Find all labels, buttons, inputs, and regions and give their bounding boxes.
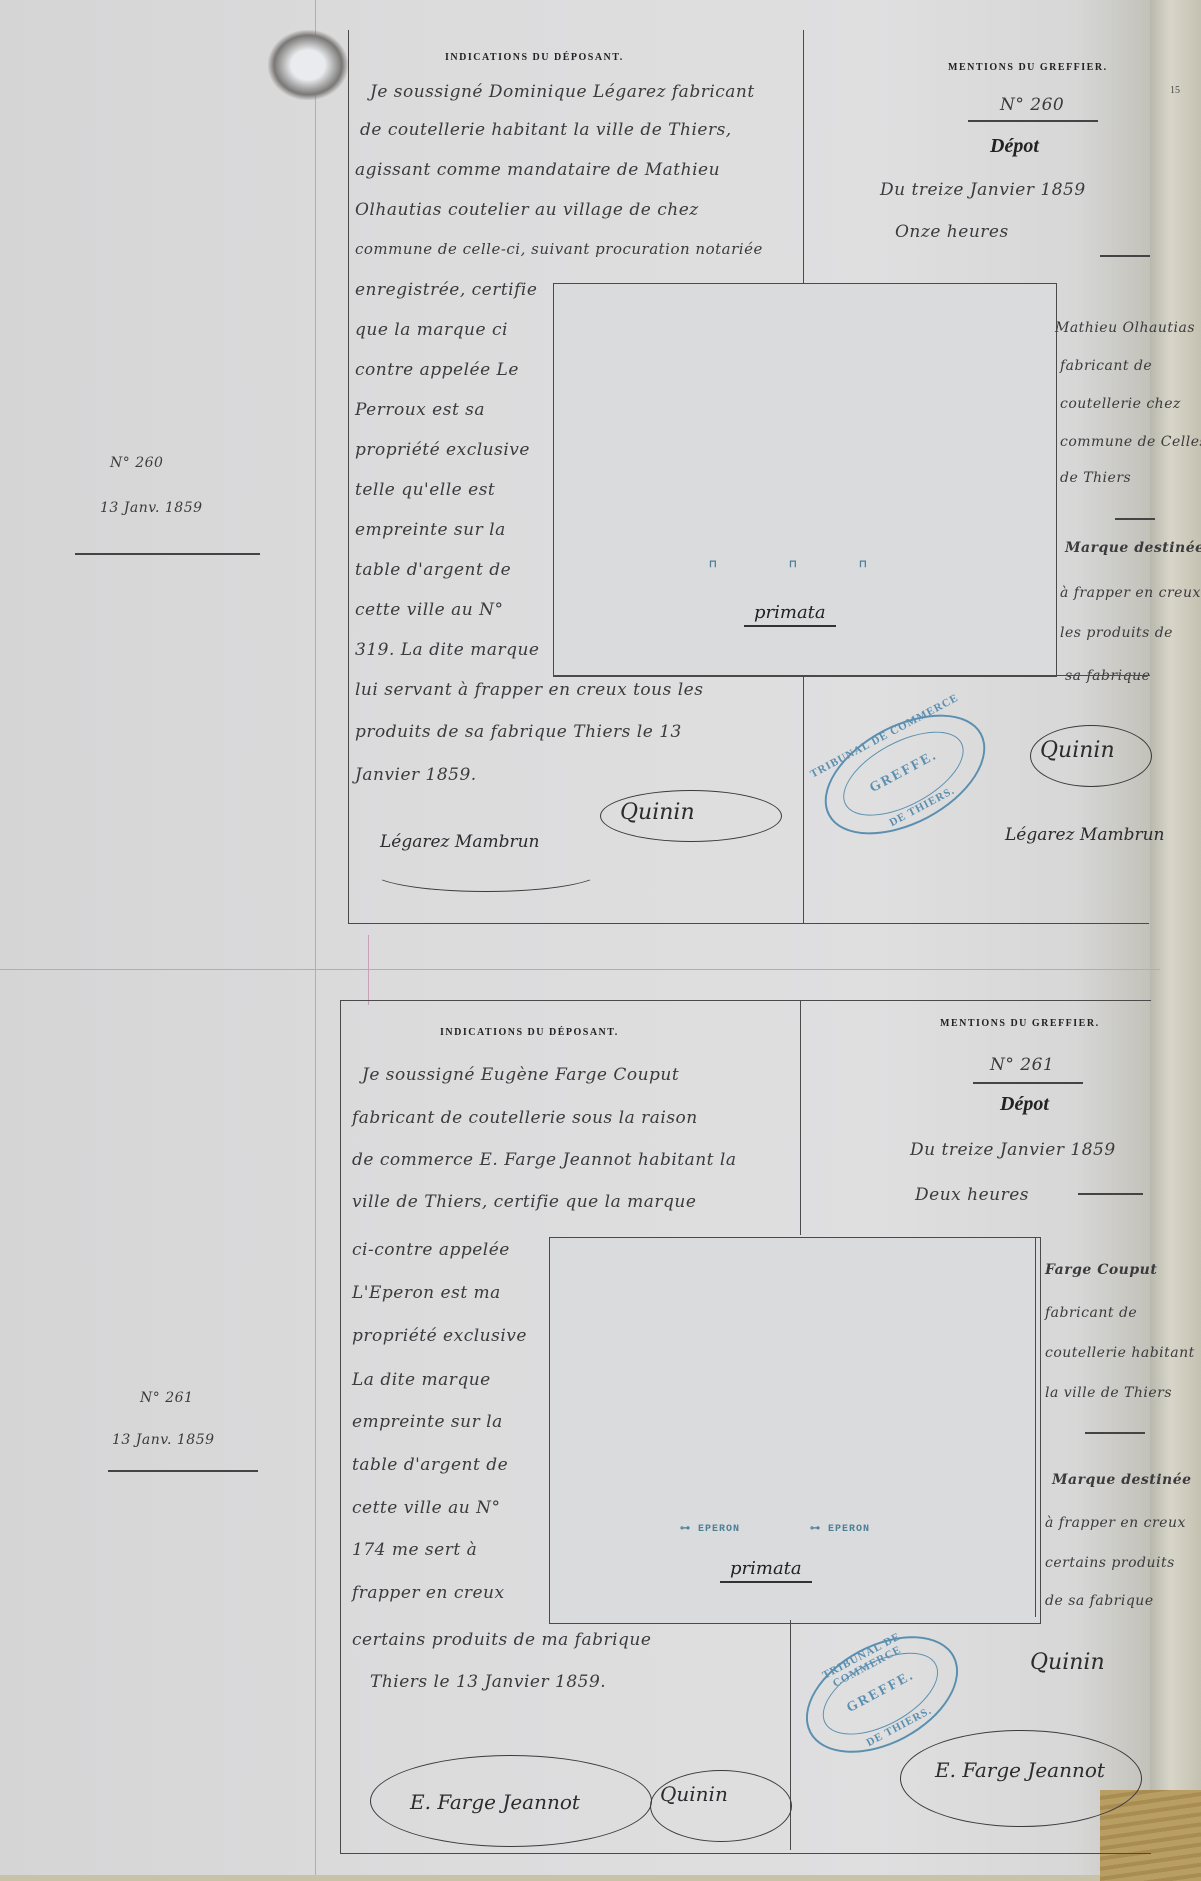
greffier-note: fabricant de — [1045, 1305, 1137, 1321]
greffier-note: de sa fabrique — [1045, 1593, 1154, 1609]
declaration-line: ci-contre appelée — [352, 1240, 510, 1260]
declaration-line: Olhautias coutelier au village de chez — [355, 200, 699, 220]
mark-imprint: ⊓ — [709, 559, 718, 571]
mark-imprint: ⊶ EPERON — [810, 1523, 870, 1535]
margin-number: N° 260 — [110, 455, 163, 471]
greffier-note: Mathieu Olhautias — [1055, 320, 1195, 336]
declaration-line: 174 me sert à — [352, 1540, 477, 1560]
rule — [1078, 1193, 1143, 1195]
greffier-note: Marque destinée — [1052, 1472, 1192, 1488]
declaration-line: enregistrée, certifie — [355, 280, 537, 300]
greffier-note: sa fabrique — [1065, 668, 1150, 684]
margin-number: N° 261 — [140, 1390, 193, 1406]
greffier-note: de Thiers — [1060, 470, 1131, 486]
signature-flourish — [650, 1770, 792, 1842]
greffier-note: coutellerie chez — [1060, 396, 1181, 412]
rule — [1115, 518, 1155, 520]
declaration-line: Thiers le 13 Janvier 1859. — [370, 1672, 606, 1692]
margin-underline — [75, 553, 260, 555]
column-divider-lower — [790, 1620, 791, 1850]
greffier-note: coutellerie habitant — [1045, 1345, 1195, 1361]
depot-title: Dépot — [1000, 1093, 1049, 1116]
greffier-note: commune de Celles — [1060, 434, 1201, 450]
side-note: 15 — [1170, 85, 1180, 96]
mark-imprint-box: ⊶ EPERON ⊶ EPERON primata — [549, 1237, 1041, 1624]
signature-flourish — [1030, 725, 1152, 787]
declaration-line: L'Eperon est ma — [352, 1283, 501, 1303]
declaration-line: empreinte sur la — [355, 520, 506, 540]
book-spine — [1150, 0, 1201, 1881]
greffier-number-underline — [973, 1082, 1083, 1084]
signature-flourish — [370, 850, 602, 892]
deposant-header: INDICATIONS DU DÉPOSANT. — [440, 1027, 619, 1038]
declaration-line: ville de Thiers, certifie que la marque — [352, 1192, 696, 1212]
greffier-header: MENTIONS DU GREFFIER. — [940, 1018, 1100, 1029]
column-divider — [800, 1000, 801, 1235]
depot-date: Du treize Janvier 1859 — [910, 1140, 1116, 1160]
declaration-line: La dite marque — [352, 1370, 491, 1390]
greffier-number-underline — [968, 120, 1098, 122]
declaration-line: propriété exclusive — [355, 440, 530, 460]
greffier-note: fabricant de — [1060, 358, 1152, 374]
declaration-line: frapper en creux — [352, 1583, 505, 1603]
declaration-line: de commerce E. Farge Jeannot habitant la — [352, 1150, 737, 1170]
spur-icon: ⊶ — [810, 1524, 828, 1535]
margin-date: 13 Janv. 1859 — [112, 1432, 215, 1448]
rule — [1100, 255, 1150, 257]
declaration-line: propriété exclusive — [352, 1326, 527, 1346]
declaration-line: empreinte sur la — [352, 1412, 503, 1432]
depot-time: Onze heures — [895, 222, 1009, 242]
greffier-header: MENTIONS DU GREFFIER. — [948, 62, 1108, 73]
margin-underline — [108, 1470, 258, 1472]
box-bottom-rule — [553, 675, 1150, 676]
signature-flourish — [370, 1755, 652, 1847]
declaration-line: Je soussigné Eugène Farge Couput — [362, 1065, 679, 1085]
declaration-line: fabricant de coutellerie sous la raison — [352, 1108, 698, 1128]
greffier-note: la ville de Thiers — [1045, 1385, 1172, 1401]
greffier-note: Marque destinée — [1065, 540, 1201, 556]
declaration-line: que la marque ci — [355, 320, 508, 340]
column-divider-right — [1035, 1237, 1036, 1617]
declaration-line: contre appelée Le — [355, 360, 519, 380]
depot-date: Du treize Janvier 1859 — [880, 180, 1086, 200]
tape-residue — [268, 30, 348, 100]
rule — [1085, 1432, 1145, 1434]
margin-rule-vertical — [315, 0, 316, 1875]
greffier-note: Farge Couput — [1045, 1262, 1157, 1278]
declaration-line: Je soussigné Dominique Légarez fabricant — [370, 82, 755, 102]
margin-rule-short — [368, 935, 369, 1005]
declaration-line: produits de sa fabrique Thiers le 13 — [355, 722, 682, 742]
spur-icon: ⊶ — [680, 1524, 698, 1535]
declaration-line: 319. La dite marque — [355, 640, 539, 660]
signature-flourish — [600, 790, 782, 842]
signature-greffier-copy: Quinin — [1030, 1650, 1105, 1675]
mark-imprint-box: ⊓ ⊓ ⊓ primata — [553, 283, 1057, 677]
signature-depositant: Légarez Mambrun — [380, 832, 539, 852]
declaration-line: Perroux est sa — [355, 400, 485, 420]
greffier-note: les produits de — [1060, 625, 1173, 641]
declaration-line: cette ville au N° — [355, 600, 503, 620]
declaration-line: cette ville au N° — [352, 1498, 500, 1518]
declaration-line: Janvier 1859. — [355, 765, 477, 785]
margin-date: 13 Janv. 1859 — [100, 500, 203, 516]
mark-imprint: ⊓ — [859, 559, 868, 571]
declaration-line: agissant comme mandataire de Mathieu — [355, 160, 720, 180]
deposant-header: INDICATIONS DU DÉPOSANT. — [445, 52, 624, 63]
declaration-line: commune de celle-ci, suivant procuration… — [355, 240, 763, 258]
signature-flourish — [900, 1730, 1142, 1827]
mark-label: primata — [744, 602, 836, 627]
declaration-line: de coutellerie habitant la ville de Thie… — [360, 120, 732, 140]
signature-depositant-copy: Légarez Mambrun — [1005, 825, 1164, 845]
greffier-note: certains produits — [1045, 1555, 1175, 1571]
greffier-note: à frapper en creux — [1045, 1515, 1186, 1531]
depot-title: Dépot — [990, 135, 1039, 158]
declaration-line: table d'argent de — [352, 1455, 508, 1475]
declaration-line: certains produits de ma fabrique — [352, 1630, 651, 1650]
mark-label: primata — [720, 1558, 812, 1583]
greffier-number: N° 260 — [1000, 95, 1064, 115]
column-divider-lower — [803, 675, 804, 923]
declaration-line: table d'argent de — [355, 560, 511, 580]
declaration-line: telle qu'elle est — [355, 480, 495, 500]
mark-imprint: ⊶ EPERON — [680, 1523, 740, 1535]
margin-rule-horizontal — [0, 969, 1160, 970]
greffier-note: à frapper en creux — [1060, 585, 1201, 601]
depot-time: Deux heures — [915, 1185, 1029, 1205]
declaration-line: lui servant à frapper en creux tous les — [355, 680, 703, 700]
greffier-number: N° 261 — [990, 1055, 1054, 1075]
mark-imprint: ⊓ — [789, 559, 798, 571]
